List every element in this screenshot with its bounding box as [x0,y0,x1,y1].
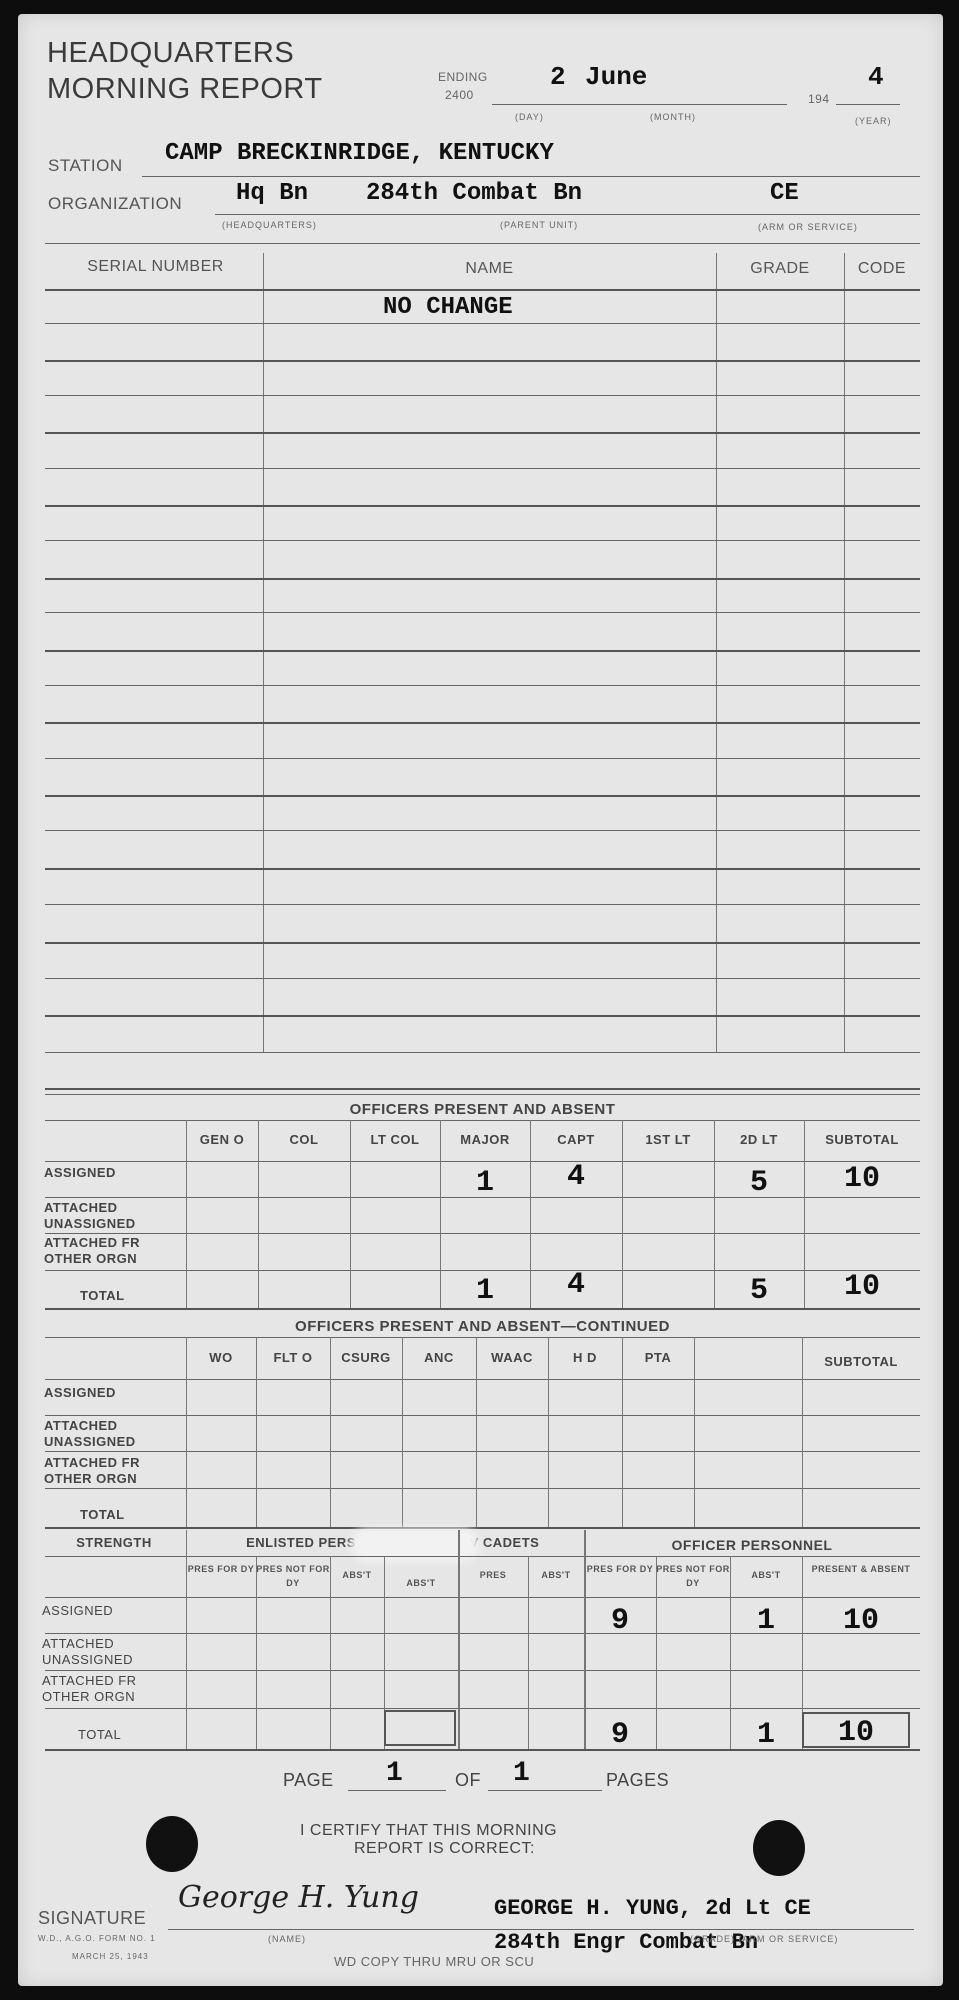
officers-col-capt: CAPT [530,1132,622,1147]
headquarters-value: Hq Bn [236,180,308,207]
grade-caption: (GRADE) (ARM OR SERVICE) [690,1934,838,1944]
roster-rule [45,830,920,831]
officers-total-subtotal: 10 [804,1270,920,1304]
officers-assigned-2d-lt: 5 [714,1166,804,1200]
strength-sub-enl-pres-not-for-dy: PRES NOT FOR DY [256,1562,330,1590]
roster-divider-1 [263,253,264,1053]
year-caption: (YEAR) [855,116,892,126]
officers-row-attached-fr-other: ATTACHED FR OTHER ORGN [44,1235,144,1267]
officers-rule [45,1120,920,1121]
roster-rule [45,650,920,652]
station-label: STATION [48,156,123,176]
cont-col-waac: WAAC [476,1350,548,1365]
cont-divider [802,1337,803,1527]
officers-section-title: OFFICERS PRESENT AND ABSENT [45,1101,920,1118]
cont-row-attached-fr-other: ATTACHED FR OTHER ORGN [44,1455,144,1487]
roster-rule [45,1015,920,1017]
officers-col-major: MAJOR [440,1132,530,1147]
certify-line2: REPORT IS CORRECT: [354,1840,535,1858]
strength-divider [528,1556,529,1749]
cont-col-subtotal: SUBTOTAL [802,1354,920,1369]
officers-assigned-capt: 4 [530,1160,622,1194]
form-number: W.D., A.G.O. FORM NO. 1 [38,1934,156,1943]
strength-divider [584,1530,586,1749]
strength-sub-enl-abst: ABS'T [330,1568,384,1582]
roster-rule [45,289,920,291]
arm-value: CE [770,180,799,207]
officers-total-2d-lt: 5 [714,1274,804,1308]
strength-total-off-pres-for-dy: 9 [584,1718,656,1752]
strength-rule [45,1670,920,1671]
cont-divider [402,1337,403,1527]
form-date: MARCH 25, 1943 [72,1952,149,1961]
ending-label: ENDING [438,70,488,84]
strength-total-box [384,1710,456,1746]
officers-col-col: COL [258,1132,350,1147]
strength-divider [256,1556,257,1749]
roster-top-border [45,243,920,244]
page-value: 1 [386,1758,403,1789]
strength-row-attached-fr-other: ATTACHED FR OTHER ORGN [42,1673,142,1705]
pages-label: PAGES [606,1770,669,1791]
station-underline [142,176,920,177]
officers-cont-rule [45,1379,920,1380]
strength-row-assigned: ASSIGNED [42,1603,113,1619]
cont-col-flt-o: FLT O [256,1350,330,1365]
organization-underline [215,214,920,215]
roster-divider-3 [844,253,845,1053]
officers-total-major: 1 [440,1274,530,1308]
organization-label: ORGANIZATION [48,194,182,214]
roster-rule [45,1052,920,1053]
roster-rule [45,432,920,434]
name-caption: (NAME) [268,1934,306,1944]
month-caption: (MONTH) [650,112,696,122]
cont-row-total: TOTAL [80,1507,125,1523]
officers-assigned-major: 1 [440,1166,530,1200]
strength-divider [656,1556,657,1749]
cont-col-csurg: CSURG [330,1350,402,1365]
strength-rule [45,1708,920,1709]
officers-cont-bottom-rule [45,1527,920,1529]
strength-assigned-off-abst: 1 [730,1604,802,1638]
strength-divider [458,1530,460,1749]
roster-rule [45,540,920,541]
roster-divider-2 [716,253,717,1053]
station-value: CAMP BRECKINRIDGE, KENTUCKY [165,140,554,167]
officers-divider [258,1120,259,1308]
roster-rule [45,612,920,613]
cont-divider [476,1337,477,1527]
month-value: June [585,62,647,92]
roster-rule [45,323,920,324]
time-label: 2400 [445,88,474,102]
cont-divider [694,1337,695,1527]
roster-bottom-rule [45,1094,920,1095]
roster-entry-no-change: NO CHANGE [383,294,513,321]
strength-divider [330,1556,331,1749]
strength-group-officer: OFFICER PERSONNEL [584,1537,920,1553]
roster-rule [45,868,920,870]
strength-sub-off-pres-not-for-dy: PRES NOT FOR DY [656,1562,730,1590]
headquarters-caption: (HEADQUARTERS) [222,220,317,230]
officers-row-attached-unassigned: ATTACHED UNASSIGNED [44,1200,144,1232]
cont-divider [256,1337,257,1527]
of-label: OF [455,1770,481,1791]
cont-divider [548,1337,549,1527]
officers-cont-rule [45,1488,920,1489]
header-serial-number: SERIAL NUMBER [48,258,263,276]
parent-unit-caption: (PARENT UNIT) [500,220,578,230]
officers-rule [45,1270,920,1271]
header-grade: GRADE [716,260,844,278]
roster-rule [45,685,920,686]
year-underline [836,104,900,105]
officers-col-lt-col: LT COL [350,1132,440,1147]
strength-sub-enl-pres-for-dy: PRES FOR DY [186,1562,256,1576]
cont-divider [622,1337,623,1527]
cont-divider [186,1337,187,1527]
certify-line1: I CERTIFY THAT THIS MORNING [300,1822,557,1840]
officers-cont-rule [45,1337,920,1338]
officers-divider [350,1120,351,1308]
header-name: NAME [263,260,716,278]
roster-rule [45,795,920,797]
strength-total-off-present-absent: 10 [802,1716,910,1750]
roster-rule [45,468,920,469]
roster-rule [45,942,920,944]
of-value: 1 [513,1758,530,1789]
strength-label: STRENGTH [45,1535,183,1550]
roster-rule [45,978,920,979]
strength-sub-cadet-abst: ABS'T [528,1568,584,1582]
officers-rule [45,1161,920,1162]
day-caption: (DAY) [515,112,544,122]
officers-bottom-rule [45,1308,920,1310]
copy-note: WD COPY THRU MRU OR SCU [334,1954,534,1969]
century-label: 194 [808,92,830,106]
roster-rule [45,395,920,396]
cont-col-hd: H D [548,1350,622,1365]
roster-rule [45,360,920,362]
roster-rule [45,722,920,724]
roster-rule [45,505,920,507]
cont-divider [330,1337,331,1527]
strength-row-total: TOTAL [78,1727,121,1743]
cont-col-pta: PTA [622,1350,694,1365]
signature-handwritten: George H. Yung [178,1880,419,1915]
page-label: PAGE [283,1770,334,1791]
strength-sub-abst-2: ABS'T [384,1576,458,1590]
roster-rule [45,758,920,759]
officers-total-capt: 4 [530,1268,622,1302]
officers-cont-rule [45,1415,920,1416]
strength-assigned-off-present-absent: 10 [802,1604,920,1638]
strength-sub-off-present-absent: PRESENT & ABSENT [802,1562,920,1576]
typed-name: GEORGE H. YUNG, 2d Lt CE [494,1896,811,1921]
cont-row-assigned: ASSIGNED [44,1385,116,1401]
strength-rule [45,1597,920,1598]
officers-row-total: TOTAL [80,1288,125,1304]
roster-rule [45,1088,920,1090]
strength-divider [186,1530,187,1749]
strength-sub-off-abst: ABS'T [730,1568,802,1582]
officers-row-assigned: ASSIGNED [44,1165,116,1181]
of-underline [488,1790,602,1791]
punch-hole-left [146,1816,198,1872]
punch-hole-right [753,1820,805,1876]
officers-col-2d-lt: 2D LT [714,1132,804,1147]
arm-caption: (ARM OR SERVICE) [758,222,858,232]
year-value: 4 [868,62,884,92]
parent-unit-value: 284th Combat Bn [366,180,582,207]
roster-rule [45,578,920,580]
officers-rule [45,1233,920,1234]
form-title-line2: MORNING REPORT [47,72,323,106]
cont-col-anc: ANC [402,1350,476,1365]
officers-col-gen-o: GEN O [186,1132,258,1147]
strength-rule [45,1556,920,1557]
officers-cont-rule [45,1451,920,1452]
date-underline [492,104,787,105]
strength-sub-cadet-pres: PRES [458,1568,528,1582]
cont-col-wo: WO [186,1350,256,1365]
roster-rule [45,904,920,905]
page-underline [348,1790,446,1791]
officers-continued-title: OFFICERS PRESENT AND ABSENT—CONTINUED [45,1318,920,1335]
officers-divider [622,1120,623,1308]
strength-sub-off-pres-for-dy: PRES FOR DY [584,1562,656,1576]
strength-row-attached-unassigned: ATTACHED UNASSIGNED [42,1636,142,1668]
header-code: CODE [844,260,920,278]
officers-divider [186,1120,187,1308]
officers-assigned-subtotal: 10 [804,1162,920,1196]
day-value: 2 [550,62,566,92]
officers-col-1st-lt: 1ST LT [622,1132,714,1147]
strength-assigned-off-pres-for-dy: 9 [584,1604,656,1638]
cont-row-attached-unassigned: ATTACHED UNASSIGNED [44,1418,144,1450]
form-title-line1: HEADQUARTERS [47,36,294,70]
officers-col-subtotal: SUBTOTAL [804,1132,920,1147]
strength-total-off-abst: 1 [730,1718,802,1752]
signature-label: SIGNATURE [38,1908,146,1929]
